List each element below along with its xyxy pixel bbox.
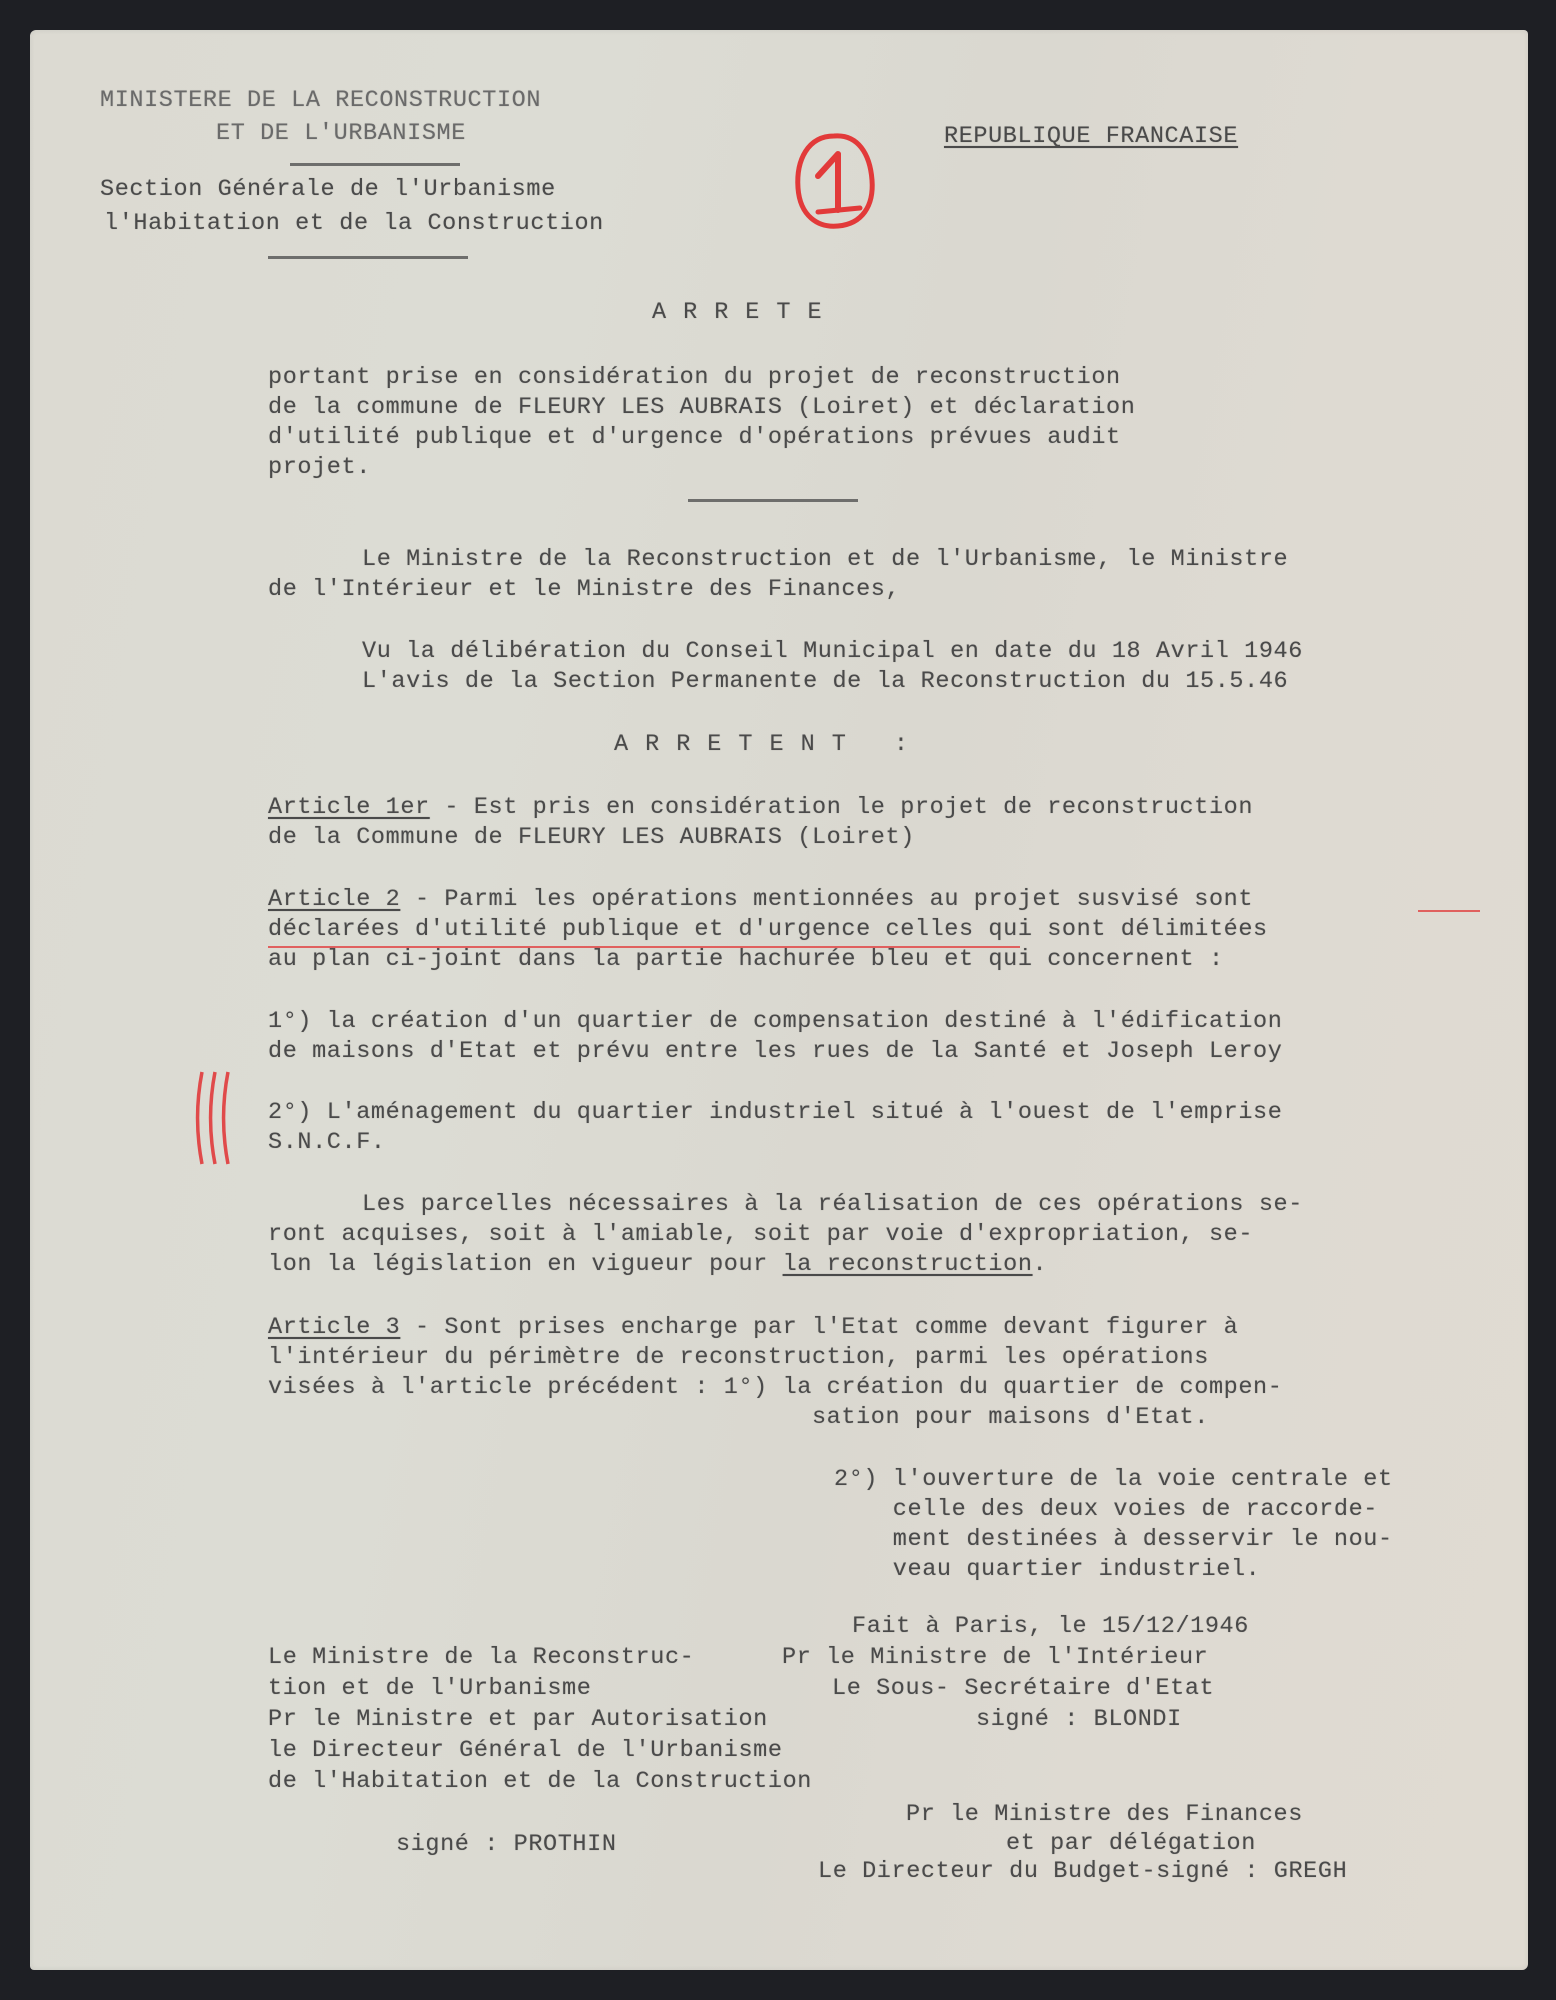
article-2-text-line-1: - Parmi les opérations mentionnées au pr… (400, 886, 1253, 913)
preamble-vu-line-1: Vu la délibération du Conseil Municipal … (362, 639, 1303, 665)
article-2-item-1-line-1: 1°) la création d'un quartier de compens… (268, 1009, 1282, 1035)
red-margin-marks-icon (192, 1068, 238, 1168)
republic-heading: REPUBLIQUE FRANCAISE (944, 124, 1238, 150)
article-3: Article 3 - Sont prises encharge par l'E… (268, 1315, 1238, 1341)
signature-interior-signed: signé : BLONDI (976, 1707, 1182, 1733)
article-2-text-line-2: déclarées d'utilité publique et d'urgenc… (268, 917, 1268, 943)
signature-left-line-2: tion et de l'Urbanisme (268, 1676, 591, 1702)
subtitle-line-4: projet. (268, 455, 371, 481)
article-2: Article 2 - Parmi les opérations mention… (268, 887, 1253, 913)
preamble-ministers-line-2: de l'Intérieur et le Ministre des Financ… (268, 577, 900, 603)
arretent-heading: ARRETENT : (614, 732, 925, 758)
section-name-line2: l'Habitation et de la Construction (104, 211, 604, 237)
article-2-label: Article 2 (268, 886, 400, 913)
article-1-text-line-1: - Est pris en considération le projet de… (430, 794, 1253, 821)
article-3-item-2-line-2: celle des deux voies de raccorde- (834, 1497, 1378, 1523)
article-1-label: Article 1er (268, 794, 430, 821)
signature-finance-line-1: Pr le Ministre des Finances (906, 1802, 1303, 1828)
signature-interior-line-2: Le Sous- Secrétaire d'Etat (832, 1676, 1214, 1702)
article-3-label: Article 3 (268, 1314, 400, 1341)
signature-left-line-4: le Directeur Général de l'Urbanisme (268, 1738, 783, 1764)
header-divider-2 (268, 256, 468, 259)
parcels-line-3-text: lon la législation en vigueur pour (268, 1251, 783, 1278)
signature-finance-line-3: Le Directeur du Budget-signé : GREGH (818, 1859, 1347, 1885)
red-pencil-mark-sont (1418, 910, 1480, 912)
article-1-text-line-2: de la Commune de FLEURY LES AUBRAIS (Loi… (268, 825, 915, 851)
signature-left-signed: signé : PROTHIN (396, 1832, 617, 1858)
ministry-name-line1: MINISTERE DE LA RECONSTRUCTION (100, 88, 541, 114)
signature-left-line-5: de l'Habitation et de la Construction (268, 1769, 812, 1795)
article-2-text-line-3: au plan ci-joint dans la partie hachurée… (268, 947, 1224, 973)
arrete-heading: ARRETE (652, 300, 839, 326)
article-3-text-line-1: - Sont prises encharge par l'Etat comme … (400, 1314, 1238, 1341)
signature-finance-line-2: et par délégation (1006, 1831, 1256, 1857)
parcels-line-1: Les parcelles nécessaires à la réalisati… (362, 1192, 1303, 1218)
red-circled-number-stamp-icon (788, 128, 880, 234)
article-3-text-line-4: sation pour maisons d'Etat. (268, 1405, 1209, 1431)
signature-interior-line-1: Pr le Ministre de l'Intérieur (782, 1645, 1208, 1671)
ministry-name-line2: ET DE L'URBANISME (216, 121, 466, 147)
article-3-text-line-3: visées à l'article précédent : 1°) la cr… (268, 1375, 1282, 1401)
subtitle-line-3: d'utilité publique et d'urgence d'opérat… (268, 425, 1121, 451)
section-name-line1: Section Générale de l'Urbanisme (100, 177, 556, 203)
preamble-ministers-line-1: Le Ministre de la Reconstruction et de l… (362, 547, 1288, 573)
header-divider-1 (290, 163, 460, 166)
parcels-line-3: lon la législation en vigueur pour la re… (268, 1252, 1047, 1278)
parcels-line-2: ront acquises, soit à l'amiable, soit pa… (268, 1222, 1253, 1248)
article-3-item-2-line-3: ment destinées à desservir le nou- (834, 1527, 1393, 1553)
subtitle-line-2: de la commune de FLEURY LES AUBRAIS (Loi… (268, 395, 1135, 421)
signature-left-line-3: Pr le Ministre et par Autorisation (268, 1707, 768, 1733)
parcels-line-3-end: . (1033, 1251, 1048, 1278)
preamble-vu-line-2: L'avis de la Section Permanente de la Re… (362, 669, 1288, 695)
article-3-item-2-line-4: veau quartier industriel. (834, 1557, 1260, 1583)
article-2-item-2-line-2: S.N.C.F. (268, 1130, 386, 1156)
article-2-item-2-line-1: 2°) L'aménagement du quartier industriel… (268, 1100, 1282, 1126)
signature-left-line-1: Le Ministre de la Reconstruc- (268, 1645, 694, 1671)
article-3-item-2-line-1: 2°) l'ouverture de la voie centrale et (834, 1467, 1393, 1493)
title-divider (688, 499, 858, 502)
place-date: Fait à Paris, le 15/12/1946 (852, 1614, 1249, 1640)
article-2-item-1-line-2: de maisons d'Etat et prévu entre les rue… (268, 1039, 1282, 1065)
subtitle-line-1: portant prise en considération du projet… (268, 365, 1121, 391)
parcels-underlined-phrase: la reconstruction (783, 1251, 1033, 1278)
article-3-text-line-2: l'intérieur du périmètre de reconstructi… (268, 1345, 1209, 1371)
article-1: Article 1er - Est pris en considération … (268, 795, 1253, 821)
